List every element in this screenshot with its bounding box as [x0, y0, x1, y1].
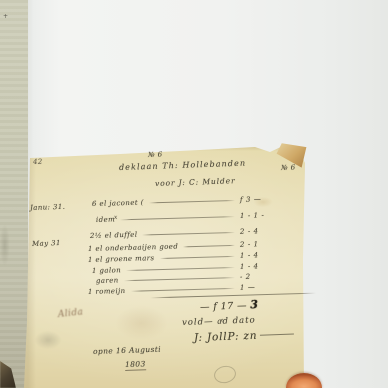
total-amount-emphasis: 3: [250, 298, 259, 311]
creditor-name-line: voor J: C: Mulder: [155, 176, 236, 188]
signature: J: JollP: zn: [194, 329, 295, 344]
entry-amount: 1 - 4: [240, 262, 286, 271]
entry-desc: 2½ el duffel: [90, 231, 138, 240]
entry-amount: 1 - 4: [240, 250, 286, 259]
entry-desc: 1 el groene mars: [88, 254, 155, 264]
entry-rule-line: [183, 244, 235, 246]
entry-desc: garen: [96, 276, 119, 285]
page-number: 42: [33, 158, 43, 166]
entry-amount: 2 - 1: [240, 239, 286, 248]
debtor-name-line: deklaan Th: Hollebanden: [119, 159, 246, 172]
received-note-year: 1803: [125, 359, 146, 369]
received-note-year-text: 1803: [125, 359, 146, 371]
total-amount: — f 17 — 3: [200, 298, 259, 313]
entry-desc: 6 el jaconet (: [92, 199, 144, 208]
entry-row: idem 1 - 1 -: [96, 211, 286, 224]
entry-rule-line: [124, 277, 235, 281]
entry-rule-line: [126, 267, 235, 271]
received-note-line1: opne 16 Augusti: [93, 345, 161, 356]
margin-date-may: May 31: [32, 239, 61, 248]
entry-rule-line: [142, 231, 235, 235]
pencil-smudge: [30, 328, 66, 352]
entry-rule-line: [159, 255, 234, 258]
entry-amount: - 2: [240, 272, 286, 281]
entry-rule-line: [120, 216, 235, 220]
signature-flourish: [260, 333, 294, 335]
entry-rule-line: [131, 287, 235, 291]
pencil-circle-mark: [212, 364, 237, 385]
settlement-line: vold— aͤd dato: [182, 314, 256, 328]
entry-desc: 1 galon: [92, 266, 121, 275]
entry-amount: 1 —: [240, 282, 286, 291]
entry-row: 2½ el duffel 2 - 4: [90, 227, 286, 240]
invoice-number-right: № 6: [281, 163, 296, 172]
entry-desc: idem: [96, 215, 115, 224]
entry-row: 6 el jaconet ( f 3 —: [92, 195, 286, 208]
signature-text: J: JollP: zn: [194, 330, 258, 344]
entry-desc: 1 el onderbaaijen goed: [88, 242, 178, 253]
entry-amount: 1 - 1 -: [240, 211, 286, 220]
entry-rule-line: [149, 200, 235, 203]
photographed-ledger-page: + 42 № 6 deklaan Th: Hollebanden № 6 voo…: [0, 0, 388, 388]
invoice-number-top: № 6: [148, 150, 163, 159]
handwriting-layer: 42 № 6 deklaan Th: Hollebanden № 6 voor …: [22, 142, 314, 388]
entry-amount: 2 - 4: [240, 227, 286, 236]
entry-desc: 1 romeijn: [88, 287, 126, 296]
margin-date-january: Janu: 31.: [30, 203, 66, 212]
total-amount-text: — f 17 —: [200, 300, 247, 313]
faint-ink-offset: Alida: [57, 307, 83, 320]
entry-amount: f 3 —: [240, 195, 286, 204]
edge-tick-mark: +: [3, 14, 8, 19]
edge-smudge: [0, 215, 12, 275]
